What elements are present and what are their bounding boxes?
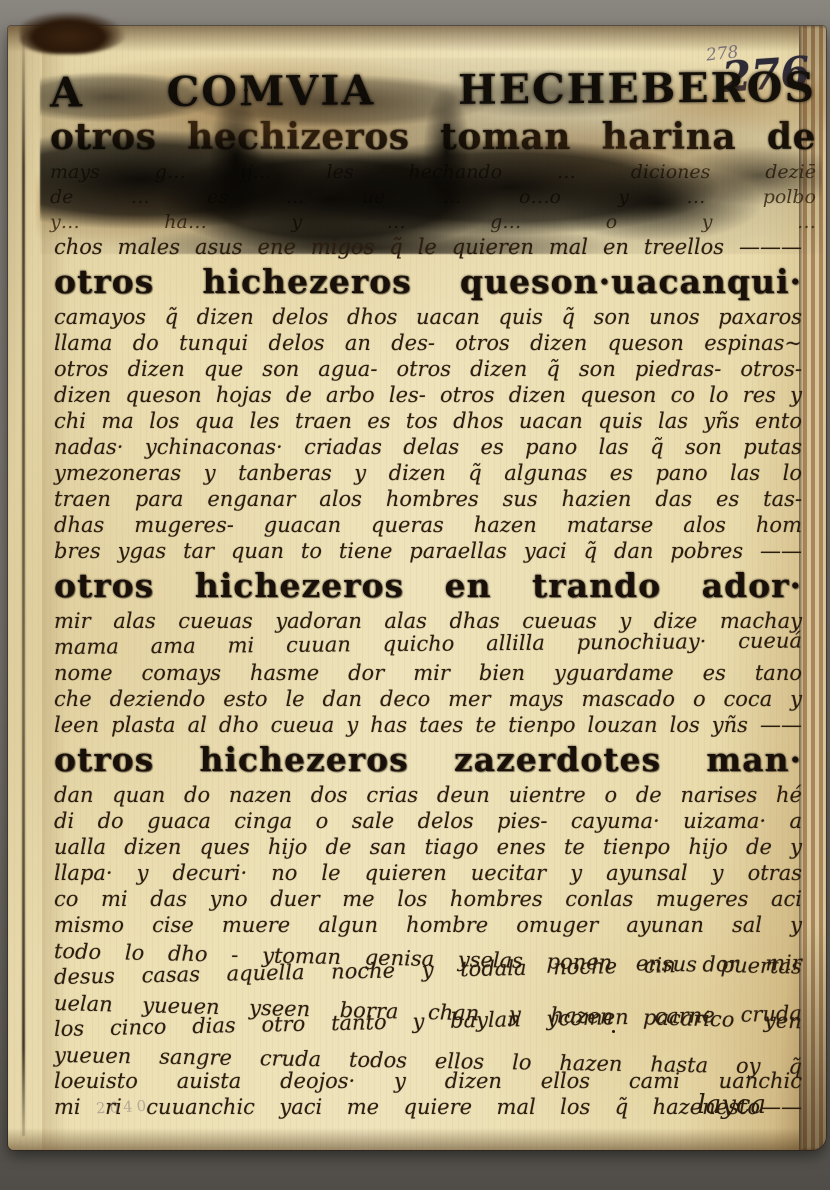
manuscript-line: di do guaca cinga o sale delos pies- cay…: [54, 808, 802, 834]
section-cuevas: otros hichezeros en trando ador· mir ala…: [54, 564, 802, 738]
chapter-title-obscured: A COMVIA HECHEBEROS: [50, 63, 816, 116]
manuscript-scan: 278 276 A COMVIA HECHEBEROS otros hechiz…: [0, 0, 830, 1190]
manuscript-line: dhas mugeres- guacan queras hazen matars…: [54, 512, 802, 538]
pencil-note: 2040: [96, 1097, 151, 1118]
catchword: layca: [697, 1090, 766, 1120]
manuscript-line: chi ma los qua les traen es tos dhos uac…: [54, 408, 802, 434]
manuscript-line: bres ygas tar quan to tiene paraellas ya…: [54, 538, 802, 564]
manuscript-line: chos males asus ene migos q̃ le quieren …: [54, 234, 802, 260]
manuscript-line: mama ama mi cuuan quicho allilla punochi…: [54, 627, 802, 660]
binding-gutter-crease: [22, 36, 25, 1136]
obscured-line: de … es … ue … o…o y … polbo: [50, 185, 816, 210]
manuscript-line: ymezoneras y tanberas y dizen q̃ algunas…: [54, 460, 802, 486]
section-heading: otros hichezeros queson·uacanqui·: [54, 260, 802, 304]
manuscript-line: llama do tunqui delos an des- otros dize…: [54, 330, 802, 356]
chapter-subtitle: otros hechizeros toman harina de: [50, 114, 816, 160]
manuscript-line: che deziendo esto le dan deco mer mays m…: [54, 686, 802, 712]
manuscript-line: mismo cise muere algun hombre omuger ayu…: [54, 912, 802, 938]
manuscript-line: camayos q̃ dizen delos dhos uacan quis q…: [54, 304, 802, 330]
blotted-header-block: A COMVIA HECHEBEROS otros hechizeros tom…: [50, 66, 816, 244]
manuscript-page: 278 276 A COMVIA HECHEBEROS otros hechiz…: [8, 26, 826, 1150]
manuscript-line: co mi das yno duer me los hombres conlas…: [54, 886, 802, 912]
obscured-line: mays g… ij… les hechando … diciones dezi…: [50, 160, 816, 185]
page-bottom-edge: [8, 1128, 826, 1150]
section-heading: otros hichezeros en trando ador·: [54, 564, 802, 608]
section-uacanqui: otros hichezeros queson·uacanqui· camayo…: [54, 260, 802, 564]
manuscript-line: otros dizen que son agua- otros dizen q̃…: [54, 356, 802, 382]
manuscript-line: ualla dizen ques hijo de san tiago enes …: [54, 834, 802, 860]
manuscript-line: traen para enganar alos hombres sus hazi…: [54, 486, 802, 512]
manuscript-line: leen plasta al dho cueua y has taes te t…: [54, 712, 802, 738]
page-top-edge: [8, 26, 826, 52]
manuscript-line: dizen queson hojas de arbo les- otros di…: [54, 382, 802, 408]
manuscript-line: nome comays hasme dor mir bien yguardame…: [54, 660, 802, 686]
section-sacerdotes: otros hichezeros zazerdotes man· dan qua…: [54, 738, 802, 1120]
manuscript-line: dan quan do nazen dos crias deun uientre…: [54, 782, 802, 808]
obscured-line: y… ha… y … g… o y …: [50, 210, 816, 235]
manuscript-line: llapa· y decuri· no le quieren uecitar y…: [54, 860, 802, 886]
manuscript-text-column: chos males asus ene migos q̃ le quieren …: [54, 234, 802, 1120]
section-heading: otros hichezeros zazerdotes man·: [54, 738, 802, 782]
manuscript-line: mi ri cuuanchic yaci me quiere mal los q…: [54, 1094, 802, 1120]
manuscript-line: nadas· ychinaconas· criadas delas es pan…: [54, 434, 802, 460]
